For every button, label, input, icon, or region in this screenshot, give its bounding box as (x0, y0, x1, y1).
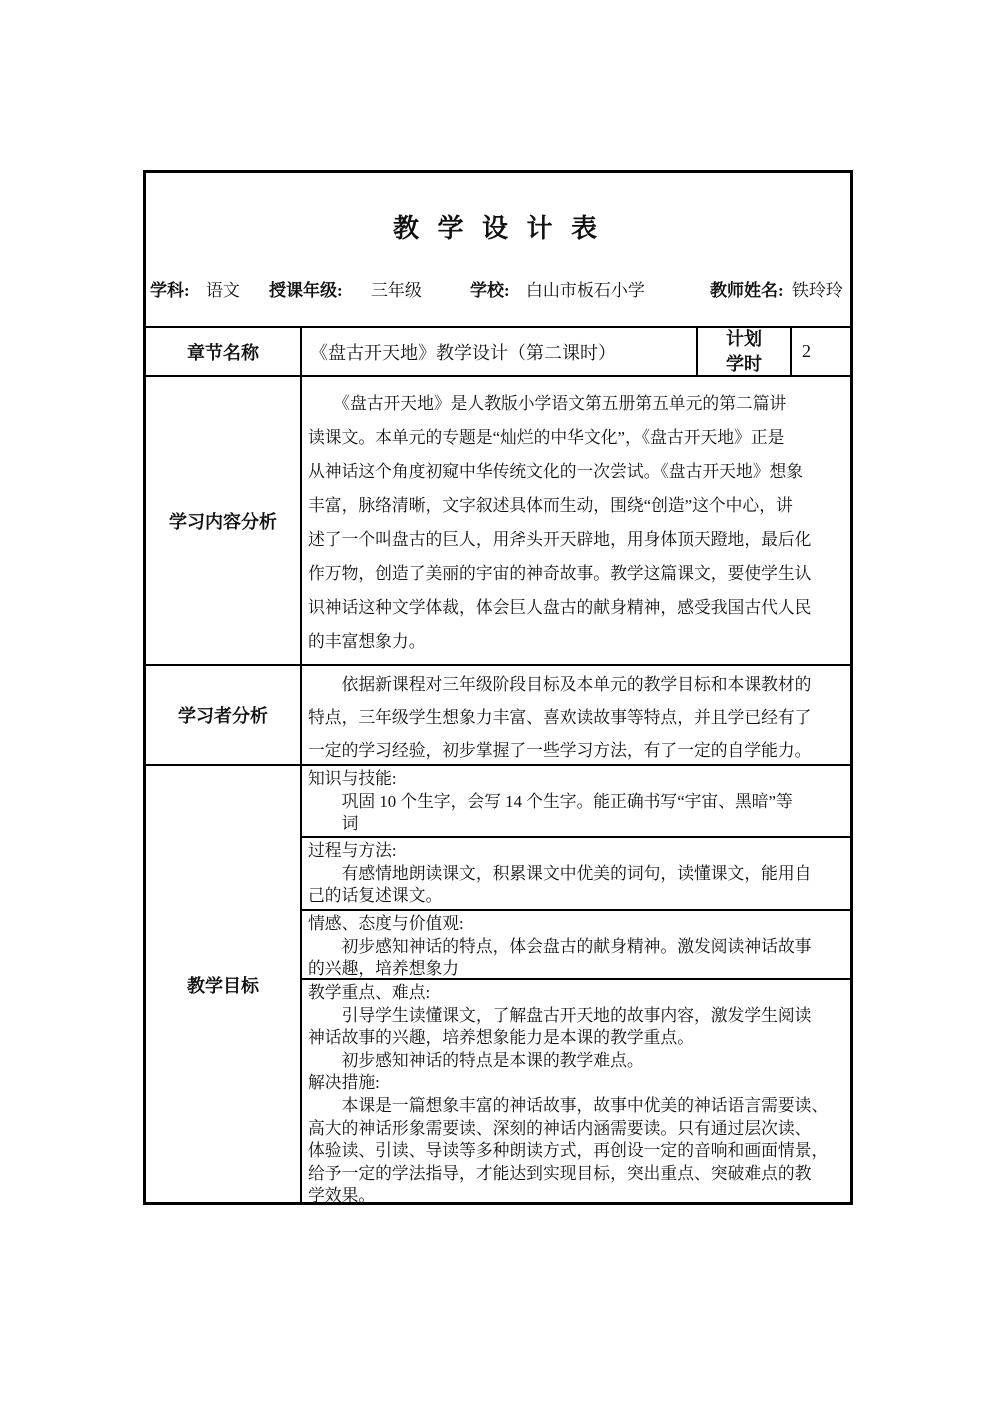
content-analysis-label: 学习内容分析 (146, 377, 302, 666)
planned-hours-value: 2 (792, 328, 850, 377)
objectives-label: 教学目标 (146, 766, 302, 1204)
header-info-row: 学科: 语文 授课年级: 三年级 学校: 白山市板石小学 教师姓名: 铁玲玲 (146, 276, 850, 302)
learner-analysis-label: 学习者分析 (146, 666, 302, 766)
chapter-name-label: 章节名称 (146, 328, 302, 377)
teacher-value: 铁玲玲 (792, 276, 843, 301)
grade-value: 三年级 (371, 276, 422, 301)
chapter-name-value: 《盘古开天地》教学设计（第二课时） (302, 328, 698, 377)
objective-key-difficult-points: 教学重点、难点: 引导学生读懂课文，了解盘古开天地的故事内容，激发学生阅读 神话… (302, 980, 850, 1204)
objective-process-methods: 过程与方法: 有感情地朗读课文，积累课文中优美的词句，读懂课文，能用自 己的话复… (302, 838, 850, 911)
teacher-label: 教师姓名: (710, 281, 784, 300)
learner-analysis-text: 依据新课程对三年级阶段目标及本单元的教学目标和本课教材的 特点，三年级学生想象力… (302, 666, 850, 766)
design-table: 章节名称 《盘古开天地》教学设计（第二课时） 计划学时 2 学习内容分析 《盘古… (146, 326, 850, 1204)
teaching-design-sheet: 教 学 设 计 表 学科: 语文 授课年级: 三年级 学校: 白山市板石小学 教… (143, 170, 853, 1205)
school-value: 白山市板石小学 (526, 276, 645, 301)
grade-field: 授课年级: 三年级 (269, 276, 422, 301)
teacher-field: 教师姓名: 铁玲玲 (710, 276, 843, 301)
planned-hours-label: 计划学时 (698, 328, 792, 377)
subject-label: 学科: (150, 281, 190, 300)
subject-field: 学科: 语文 (150, 276, 240, 301)
school-label: 学校: (470, 281, 510, 300)
document-title: 教 学 设 计 表 (146, 208, 850, 245)
subject-value: 语文 (206, 276, 240, 301)
content-analysis-text: 《盘古开天地》是人教版小学语文第五册第五单元的第二篇讲 读课文。本单元的专题是“… (302, 377, 850, 666)
objective-emotion-values: 情感、态度与价值观: 初步感知神话的特点，体会盘古的献身精神。激发阅读神话故事 … (302, 911, 850, 980)
grade-label: 授课年级: (269, 281, 343, 300)
school-field: 学校: 白山市板石小学 (470, 276, 645, 301)
objective-knowledge-skills: 知识与技能: 巩固 10 个生字，会写 14 个生字。能正确书写“宇宙、黑暗”等… (302, 766, 850, 838)
